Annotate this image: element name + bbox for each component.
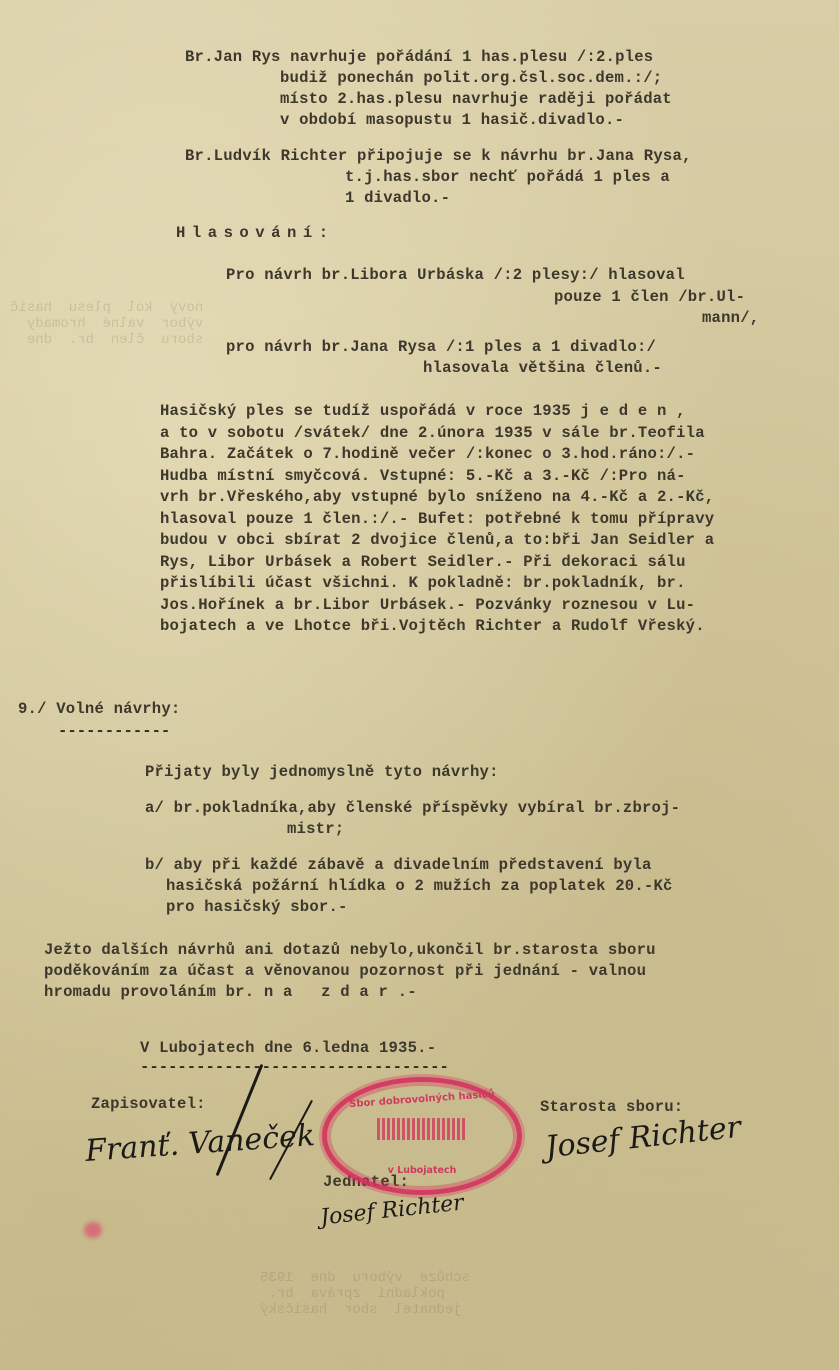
closing-line-2: poděkováním za účast a věnovanou pozorno… <box>44 962 646 980</box>
ball-line-7: budou v obci sbírat 2 dvojice členů,a to… <box>160 531 714 549</box>
ball-line-5: vrh br.Vřeského,aby vstupné bylo sníženo… <box>160 488 714 506</box>
ball-line-2: a to v sobotu /svátek/ dne 2.února 1935 … <box>160 424 705 442</box>
section-9-heading: 9./ Volné návrhy: <box>18 700 180 718</box>
rys-line-4: v období masopustu 1 hasič.divadlo.- <box>280 111 624 129</box>
ball-line-4: Hudba místní smyčcová. Vstupné: 5.-Kč a … <box>160 467 686 485</box>
pen-stroke <box>216 1064 264 1176</box>
vote-urbasek-line-3: mann/, <box>702 309 759 327</box>
vote-rys-line-2: hlasovala většina členů.- <box>423 359 662 377</box>
vote-rys-line-1: pro návrh br.Jana Rysa /:1 ples a 1 diva… <box>226 338 656 356</box>
item-b-line-2: hasičská požární hlídka o 2 mužích za po… <box>166 877 673 895</box>
rys-line-3: místo 2.has.plesu navrhuje raději pořáda… <box>280 90 672 108</box>
rys-line-1: Br.Jan Rys navrhuje pořádání 1 has.plesu… <box>185 48 653 66</box>
ball-line-11: bojatech a ve Lhotce bři.Vojtěch Richter… <box>160 617 705 635</box>
section-9-intro: Přijaty byly jednomyslně tyto návrhy: <box>145 763 499 781</box>
ball-line-10: Jos.Hořínek a br.Libor Urbásek.- Pozvánk… <box>160 596 695 614</box>
vote-urbasek-line-1: Pro návrh br.Libora Urbáska /:2 plesy:/ … <box>226 266 685 284</box>
chairman-signature: Josef Richter <box>544 1110 743 1165</box>
bleed-through-text: schůze výboru dne 1935 pokladní zpráva b… <box>260 1270 470 1318</box>
rys-line-2: budiž ponechán polit.org.čsl.soc.dem.:/; <box>280 69 662 87</box>
ball-line-9: přislíbili účast všichni. K pokladně: br… <box>160 574 686 592</box>
ball-line-8: Rys, Libor Urbásek a Robert Seidler.- Př… <box>160 553 686 571</box>
place-date-underline: --------------------------------- <box>140 1058 449 1076</box>
place-date: V Lubojatech dne 6.ledna 1935.- <box>140 1039 436 1057</box>
document-page: nový kol plesu hasič výbor valné hromady… <box>0 0 839 1370</box>
closing-line-1: Ježto dalších návrhů ani dotazů nebylo,u… <box>44 941 656 959</box>
recorder-label: Zapisovatel: <box>91 1095 206 1113</box>
chairman-label: Starosta sboru: <box>540 1098 683 1116</box>
stamp-emblem-icon <box>377 1118 467 1140</box>
ink-smudge <box>84 1222 102 1238</box>
secretary-signature: Josef Richter <box>319 1191 465 1231</box>
recorder-signature: Franť. Vaneček <box>84 1118 316 1169</box>
stamp-top-text: Sbor dobrovolných hasičů <box>327 1087 517 1111</box>
item-a-line-1: a/ br.pokladníka,aby členské příspěvky v… <box>145 799 680 817</box>
ball-line-3: Bahra. Začátek o 7.hodině večer /:konec … <box>160 445 695 463</box>
ball-line-1: Hasičský ples se tudíž uspořádá v roce 1… <box>160 402 686 420</box>
item-b-line-1: b/ aby při každé zábavě a divadelním pře… <box>145 856 652 874</box>
ball-line-6: hlasoval pouze 1 člen.:/.- Bufet: potřeb… <box>160 510 714 528</box>
stamp-bottom-text: v Lubojatech <box>327 1165 517 1176</box>
voting-heading: Hlasování: <box>176 224 335 242</box>
bleed-through-text: nový kol plesu hasič výbor valné hromady… <box>10 300 203 348</box>
item-a-line-2: mistr; <box>287 820 344 838</box>
closing-line-3: hromadu provoláním br. n a z d a r .- <box>44 983 417 1001</box>
item-b-line-3: pro hasičský sbor.- <box>166 898 348 916</box>
official-stamp: Sbor dobrovolných hasičů v Lubojatech <box>322 1077 522 1195</box>
richter-line-3: 1 divadlo.- <box>345 189 450 207</box>
section-9-heading-underline: ------------ <box>58 722 170 740</box>
vote-urbasek-line-2: pouze 1 člen /br.Ul- <box>554 288 745 306</box>
richter-line-2: t.j.has.sbor nechť pořádá 1 ples a <box>345 168 670 186</box>
richter-line-1: Br.Ludvík Richter připojuje se k návrhu … <box>185 147 692 165</box>
